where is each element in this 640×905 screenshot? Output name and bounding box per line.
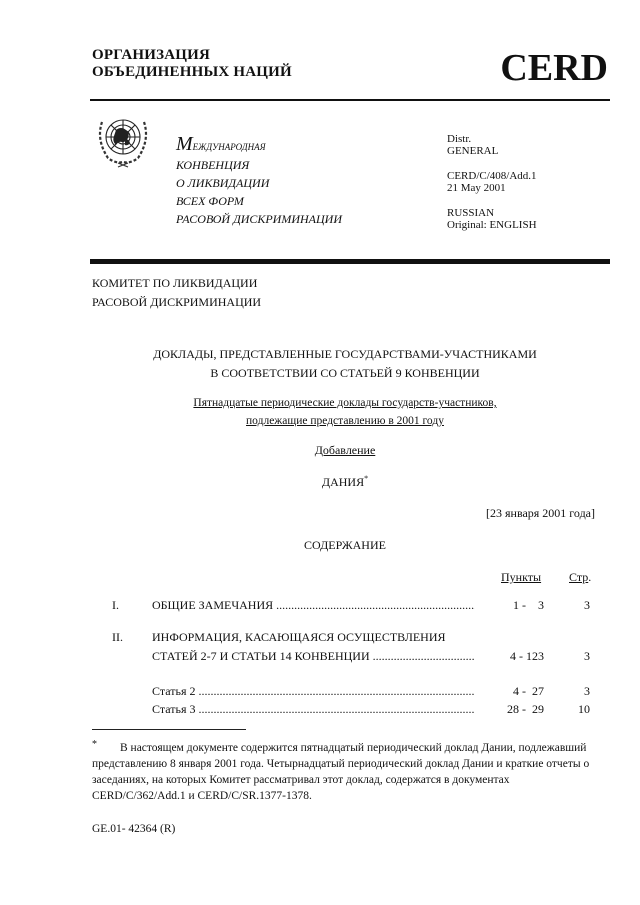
footnote: * В настоящем документе содержится пятна… — [92, 740, 602, 804]
country-heading: ДАНИЯ* — [0, 474, 640, 490]
section-rule — [90, 259, 610, 264]
distr-value: GENERAL — [447, 145, 537, 157]
report-subtitle: Пятнадцатые периодические доклады госуда… — [0, 394, 640, 430]
toc-row-page: 10 — [560, 702, 590, 717]
header-rule — [90, 99, 610, 101]
toc-row-label-line-1: ИНФОРМАЦИЯ, КАСАЮЩАЯСЯ ОСУЩЕСТВЛЕНИЯ — [152, 630, 475, 645]
convention-title: Международная конвенция о ликвидации все… — [176, 134, 342, 228]
organization-line-2: ОБЪЕДИНЕННЫХ НАЦИЙ — [92, 64, 292, 81]
doc-language: RUSSIAN — [447, 207, 537, 219]
toc-row-paragraphs: 4 - 123 — [484, 649, 544, 664]
report-date: [23 января 2001 года] — [486, 506, 595, 521]
doc-date: 21 May 2001 — [447, 182, 537, 194]
toc-col-page-suffix: . — [588, 570, 591, 584]
toc-col-page-label: Стр — [569, 570, 588, 584]
convention-line-3: о ликвидации — [176, 174, 342, 192]
toc-row-page: 3 — [560, 598, 590, 613]
toc-row-paragraphs: 28 - 29 — [484, 702, 544, 717]
convention-line-1: Международная — [176, 134, 342, 156]
distr-label: Distr. — [447, 133, 537, 145]
organization-name: ОРГАНИЗАЦИЯ ОБЪЕДИНЕННЫХ НАЦИЙ — [92, 47, 292, 81]
footnote-separator — [92, 729, 246, 730]
toc-col-page: Стр. — [569, 570, 591, 585]
distribution-block: Distr. GENERAL CERD/C/408/Add.1 21 May 2… — [447, 133, 537, 231]
toc-row[interactable]: I. ОБЩИЕ ЗАМЕЧАНИЯ 1 - 3 3 — [0, 598, 640, 616]
committee-name: КОМИТЕТ ПО ЛИКВИДАЦИИ РАСОВОЙ ДИСКРИМИНА… — [92, 274, 261, 312]
country-name: ДАНИЯ — [322, 475, 364, 489]
toc-row-number: I. — [112, 598, 119, 613]
toc-row-number: II. — [112, 630, 123, 645]
toc-row-label: Статья 2 — [152, 684, 475, 699]
doc-symbol: CERD/C/408/Add.1 — [447, 170, 537, 182]
toc-row-paragraphs: 1 - 3 — [484, 598, 544, 613]
committee-line-2: РАСОВОЙ ДИСКРИМИНАЦИИ — [92, 293, 261, 312]
toc-row-continued-heading[interactable]: II. ИНФОРМАЦИЯ, КАСАЮЩАЯСЯ ОСУЩЕСТВЛЕНИЯ — [0, 630, 640, 648]
report-title-line-2: В СООТВЕТСТВИИ СО СТАТЬЕЙ 9 КОНВЕНЦИИ — [0, 364, 640, 383]
report-subtitle-line-2: подлежащие представлению в 2001 году — [246, 415, 444, 427]
toc-row-page: 3 — [560, 684, 590, 699]
footnote-mark: * — [92, 737, 97, 753]
committee-line-1: КОМИТЕТ ПО ЛИКВИДАЦИИ — [92, 274, 261, 293]
addendum-heading: Добавление — [0, 443, 640, 458]
convention-initial: М — [176, 133, 193, 155]
document-series-symbol: CERD — [500, 48, 608, 88]
convention-first-word: еждународная — [193, 138, 266, 153]
convention-line-2: конвенция — [176, 156, 342, 174]
convention-line-5: расовой дискриминации — [176, 210, 342, 228]
report-subtitle-line-1: Пятнадцатые периодические доклады госуда… — [193, 397, 496, 409]
organization-line-1: ОРГАНИЗАЦИЯ — [92, 47, 292, 64]
report-title-line-1: ДОКЛАДЫ, ПРЕДСТАВЛЕННЫЕ ГОСУДАРСТВАМИ-УЧ… — [0, 345, 640, 364]
addendum-label: Добавление — [315, 443, 376, 457]
convention-line-4: всех форм — [176, 192, 342, 210]
doc-original-language: Original: ENGLISH — [447, 219, 537, 231]
toc-col-paragraphs: Пункты — [501, 570, 541, 585]
toc-row[interactable]: Статья 3 28 - 29 10 — [0, 702, 640, 720]
footnote-text: В настоящем документе содержится пятнадц… — [92, 742, 589, 802]
contents-heading: СОДЕРЖАНИЕ — [0, 538, 640, 553]
toc-row-paragraphs: 4 - 27 — [484, 684, 544, 699]
toc-row[interactable]: СТАТЕЙ 2-7 И СТАТЬИ 14 КОНВЕНЦИИ 4 - 123… — [0, 649, 640, 667]
un-emblem-icon — [94, 112, 152, 168]
toc-row-page: 3 — [560, 649, 590, 664]
report-title: ДОКЛАДЫ, ПРЕДСТАВЛЕННЫЕ ГОСУДАРСТВАМИ-УЧ… — [0, 345, 640, 383]
toc-row-label: СТАТЕЙ 2-7 И СТАТЬИ 14 КОНВЕНЦИИ — [152, 649, 475, 664]
toc-row[interactable]: Статья 2 4 - 27 3 — [0, 684, 640, 702]
toc-row-label: Статья 3 — [152, 702, 475, 717]
job-number: GE.01- 42364 (R) — [92, 823, 175, 835]
footnote-reference[interactable]: * — [364, 474, 368, 483]
toc-row-label: ОБЩИЕ ЗАМЕЧАНИЯ — [152, 598, 475, 613]
